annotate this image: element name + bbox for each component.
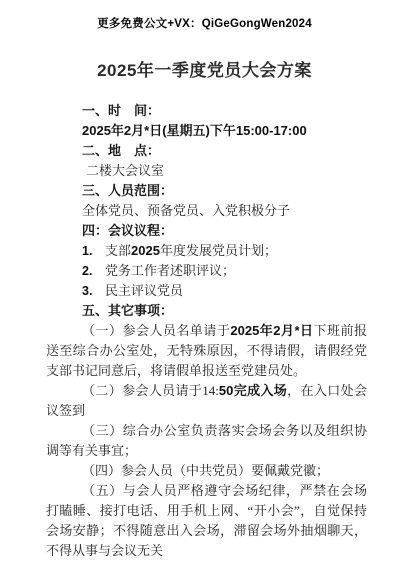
agenda-item-1: 1.支部2025年度发展党员计划；	[46, 241, 367, 261]
agenda-item-3: 3.民主评议党员	[46, 281, 367, 301]
other-item-5: （五）与会人员严格遵守会场纪律，严禁在会场打瞌睡、接打电话、用手机上网、“开小会…	[46, 481, 367, 561]
document-body: 一、时 间： 2025年2月*日(星期五)下午15:00-17:00 二、地 点…	[0, 101, 409, 561]
text-segment: 四：会议议程：	[82, 223, 173, 238]
text-segment: （一）参会人员名单请于	[82, 323, 230, 338]
section-heading-location: 二、地 点：	[46, 141, 367, 161]
page-title: 2025年一季度党员大会方案	[0, 56, 409, 81]
other-item-3: （三）综合办公室负责落实会场会务以及组织协调等有关事宜；	[46, 421, 367, 461]
section-heading-other: 五、其它事项：	[46, 301, 367, 321]
agenda-item-text: 党务工作者述职评议；	[105, 263, 235, 278]
time-value: 2025年2月*日(星期五)下午15:00-17:00	[46, 121, 367, 141]
list-marker: 1.	[82, 241, 105, 261]
text-segment: 支部	[105, 243, 131, 258]
section-heading-time: 一、时 间：	[46, 101, 367, 121]
text-segment: （五）与会人员严格遵守会场纪律，严禁在会场打瞌睡、接打电话、用手机上网、“开小会…	[46, 483, 367, 558]
section-heading-attendees: 三、人员范围：	[46, 181, 367, 201]
text-segment: 党务工作者述职评议；	[105, 263, 235, 278]
list-marker: 2.	[82, 261, 105, 281]
location-value: 二楼大会议室	[46, 161, 367, 181]
text-segment: 50完成入场	[219, 383, 287, 398]
text-segment: 2025年2月*日	[230, 323, 313, 338]
text-segment: 2025年2月*日(星期五)下午15:00-17:00	[82, 123, 307, 138]
text-segment: 二楼大会议室	[86, 163, 164, 178]
agenda-item-text: 民主评议党员	[105, 283, 183, 298]
section-heading-agenda: 四：会议议程：	[46, 221, 367, 241]
attendees-value: 全体党员、预备党员、入党积极分子	[46, 201, 367, 221]
text-segment: （四）参会人员（中共党员）要佩戴党徽；	[82, 463, 329, 478]
text-segment: 全体党员、预备党员、入党积极分子	[82, 203, 290, 218]
document-page: 更多免费公文+VX：QiGeGongWen2024 2025年一季度党员大会方案…	[0, 0, 409, 580]
text-segment: （二）参会人员请于14:	[82, 383, 219, 398]
text-segment: 一、时 间：	[82, 103, 160, 118]
text-segment: 三、人员范围：	[82, 183, 173, 198]
agenda-item-2: 2.党务工作者述职评议；	[46, 261, 367, 281]
other-item-4: （四）参会人员（中共党员）要佩戴党徽；	[46, 461, 367, 481]
promo-header: 更多免费公文+VX：QiGeGongWen2024	[0, 0, 409, 31]
text-segment: 二、地 点：	[82, 143, 160, 158]
text-segment: （三）综合办公室负责落实会场会务以及组织协调等有关事宜；	[46, 423, 367, 458]
text-segment: 民主评议党员	[105, 283, 183, 298]
other-item-2: （二）参会人员请于14:50完成入场，在入口处会议签到	[46, 381, 367, 421]
agenda-item-text: 支部2025年度发展党员计划；	[105, 243, 277, 258]
text-segment: 年度发展党员计划；	[160, 243, 277, 258]
text-segment: 五、其它事项：	[82, 303, 173, 318]
text-segment: 2025	[131, 243, 160, 258]
list-marker: 3.	[82, 281, 105, 301]
other-item-1: （一）参会人员名单请于2025年2月*日下班前报送至综合办公室处，无特殊原因，不…	[46, 321, 367, 381]
